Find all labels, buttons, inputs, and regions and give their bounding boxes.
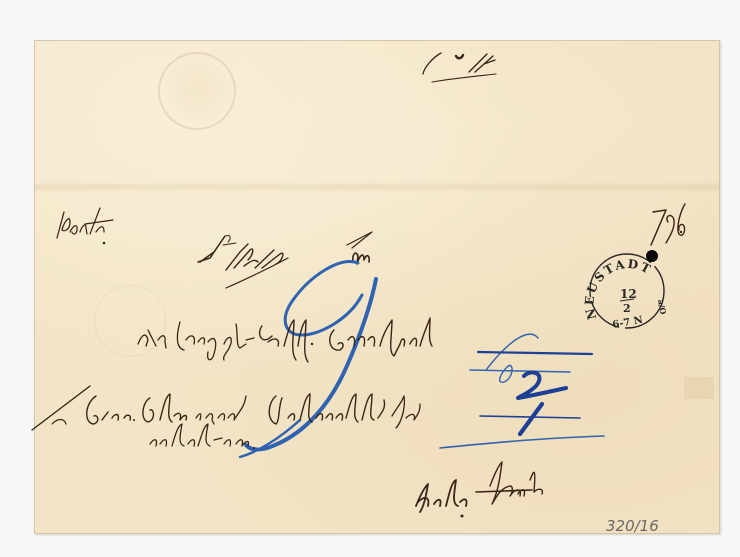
postmark-day: 12: [620, 287, 637, 301]
postmark-month: 2: [623, 302, 631, 315]
contents-line-2: [150, 424, 255, 449]
blue-tax-markings: [440, 334, 604, 448]
right-reference-note: [651, 204, 685, 245]
postmark-neustadt: NEUSTADT a/O 12 2 6-7 N: [582, 250, 668, 331]
handwriting-layer: NEUSTADT a/O 12 2 6-7 N: [0, 0, 740, 557]
left-reference-note: [57, 208, 113, 244]
destination: [416, 462, 542, 518]
contents-line: [32, 386, 420, 430]
ink-blot: [646, 250, 658, 262]
scan-stage: NEUSTADT a/O 12 2 6-7 N: [0, 0, 740, 557]
archive-number: 320/16: [606, 517, 659, 535]
blue-large-numeral: [240, 262, 376, 457]
postmark-town: NEUSTADT: [582, 257, 654, 321]
addressee-prefix: [347, 232, 372, 264]
svg-text:NEUSTADT: NEUSTADT: [582, 257, 654, 321]
weight-note: [198, 235, 288, 288]
postmark-suffix: a/O: [656, 299, 668, 316]
top-center-mark: [423, 53, 496, 82]
